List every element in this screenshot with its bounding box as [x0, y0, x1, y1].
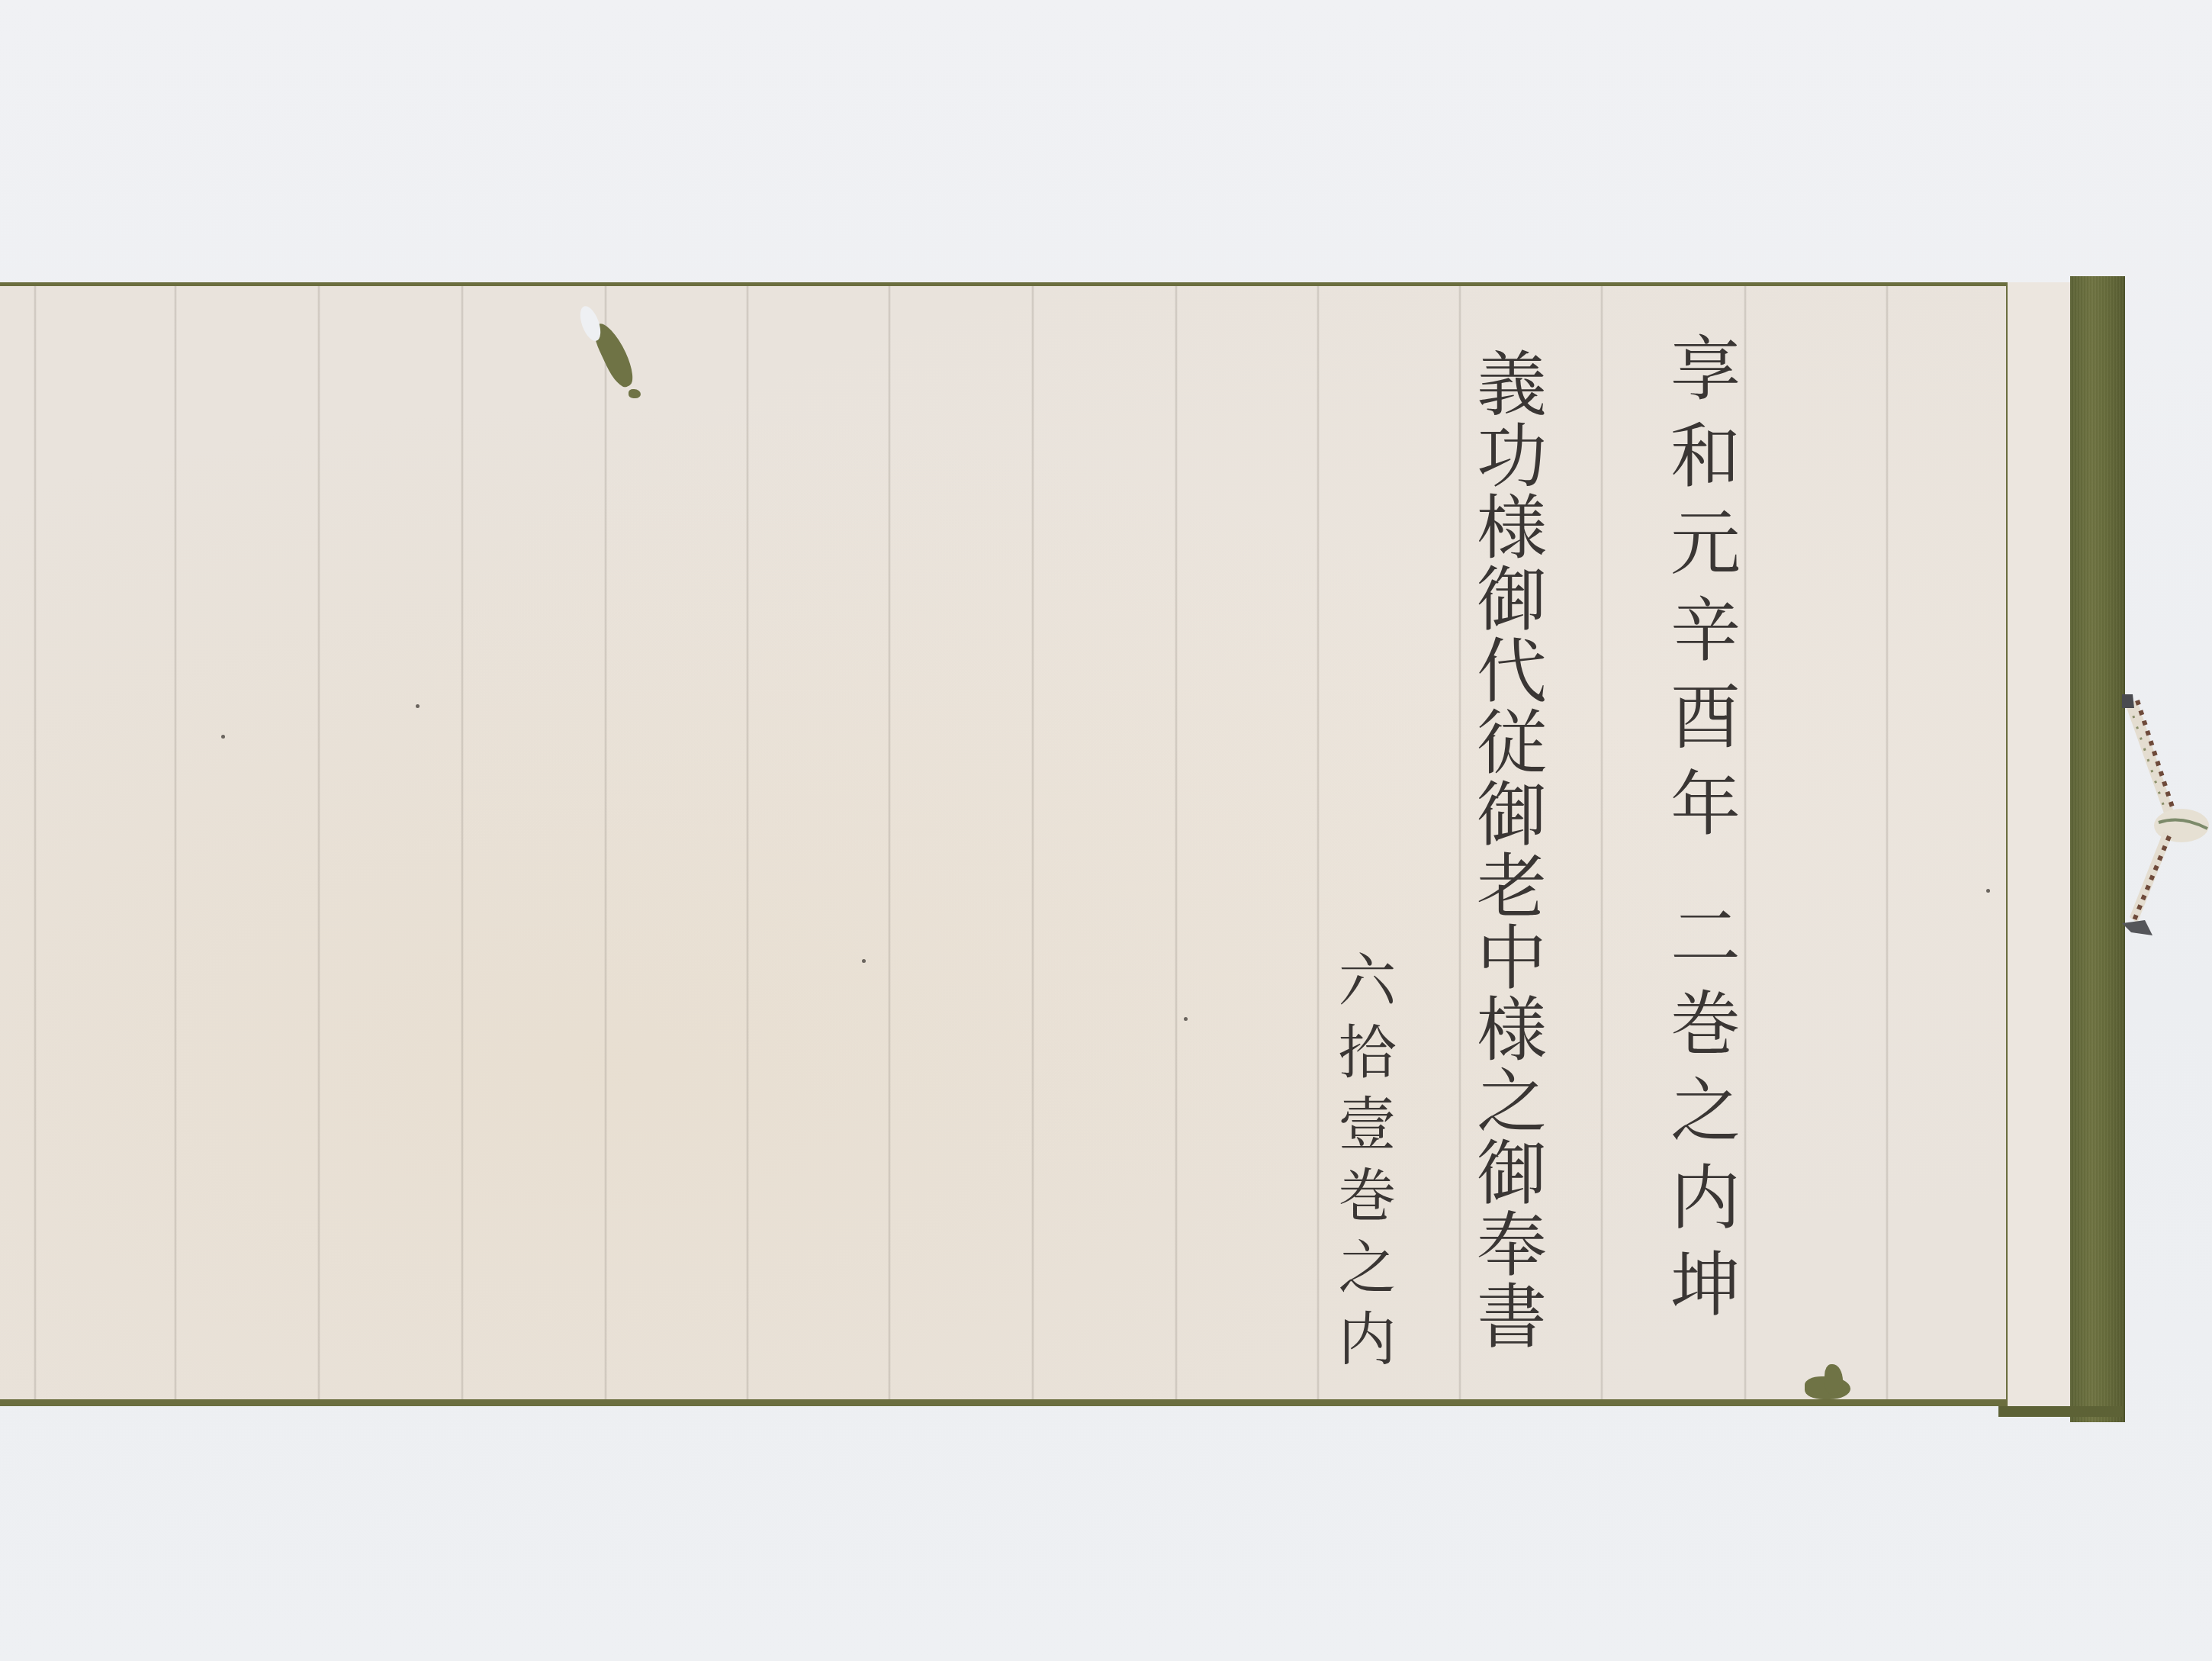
title-text: 義功様御代従御老中様之御奉書 [1465, 347, 1547, 1351]
binding-cord-icon [2122, 694, 2212, 946]
ink-speck [1986, 889, 1990, 893]
scroll-roller-base [1998, 1406, 2124, 1417]
ink-speck [416, 704, 420, 708]
ink-speck [1184, 1017, 1188, 1021]
ruled-line [1600, 286, 1603, 1399]
ruled-line [604, 286, 607, 1399]
ruled-line [34, 286, 37, 1399]
text-column-title: 義功様御代従御老中様之御奉書 [1471, 347, 1541, 1351]
scroll-end-paper [2008, 282, 2072, 1408]
ink-speck [862, 959, 866, 963]
text-column-date: 享和元辛酉年二巻之内坤 [1664, 332, 1735, 1334]
ruled-line [746, 286, 749, 1399]
ruled-line [1317, 286, 1320, 1399]
volume-text: 二巻之内坤 [1659, 900, 1741, 1334]
wormhole-stain [629, 389, 641, 398]
text-column-volume-count: 六拾壹巻之内 [1333, 950, 1391, 1380]
edge-damage [1825, 1364, 1843, 1395]
ruled-line [1175, 286, 1178, 1399]
ruled-line [888, 286, 891, 1399]
volume-count-text: 六拾壹巻之内 [1329, 950, 1397, 1380]
ruled-line [174, 286, 177, 1399]
ruled-line [1744, 286, 1747, 1399]
ruled-line [317, 286, 320, 1399]
ruled-line [1458, 286, 1461, 1399]
date-text: 享和元辛酉年 [1659, 332, 1741, 854]
scroll-roller-cloth [2070, 276, 2125, 1422]
ruled-line [1886, 286, 1889, 1399]
ruled-line [1031, 286, 1034, 1399]
ruled-line [461, 286, 464, 1399]
ink-speck [221, 735, 225, 739]
